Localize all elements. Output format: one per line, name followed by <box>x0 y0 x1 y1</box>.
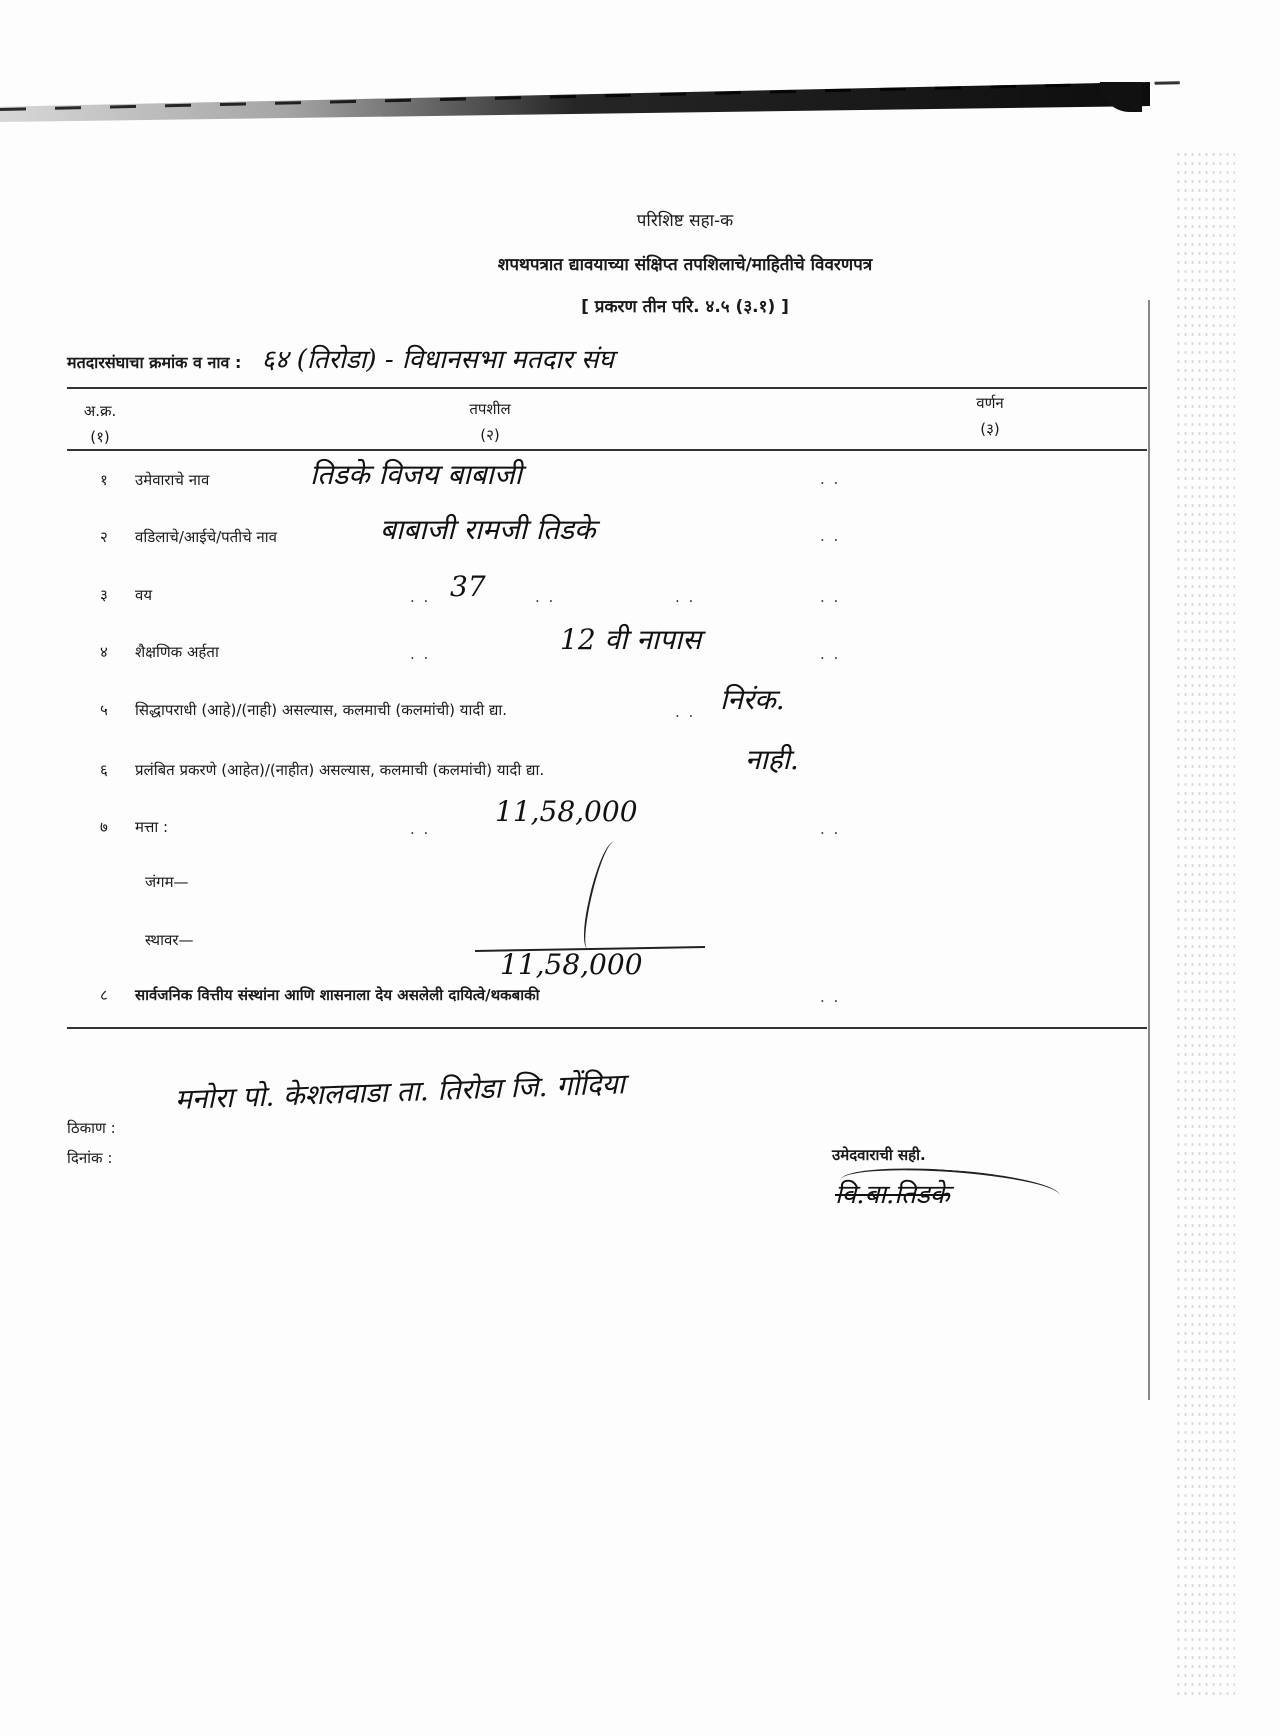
dot-leader: . . <box>675 588 695 606</box>
bracket-mark <box>579 839 623 951</box>
row-number: २ <box>100 527 135 547</box>
scanned-affidavit-page: परिशिष्ट सहा-क शपथपत्रात द्यावयाच्या संक… <box>0 0 1280 1736</box>
convictions-value: निरंक. <box>720 680 785 718</box>
chapter-reference: [ प्रकरण तीन परि. ४.५ (३.१) ] <box>45 294 1280 317</box>
appendix-title: परिशिष्ट सहा-क <box>45 208 1280 231</box>
pending-cases-value: नाही. <box>745 740 799 778</box>
row-label: सार्वजनिक वित्तीय संस्थांना आणि शासनाला … <box>135 985 540 1005</box>
scan-noise <box>1175 150 1235 1700</box>
date-label: दिनांक : <box>67 1148 112 1168</box>
row-number: ८ <box>100 985 135 1005</box>
table-row: ३ वय <box>100 585 152 605</box>
table-row: ६ प्रलंबित प्रकरणे (आहेत)/(नाहीत) असल्या… <box>100 760 544 780</box>
row-label: उमेवाराचे नाव <box>135 470 209 490</box>
row-label: मत्ता : <box>135 817 168 837</box>
scan-page-curl <box>1100 82 1142 112</box>
dot-leader: . . <box>820 470 840 488</box>
parent-name-value: बाबाजी रामजी तिडके <box>380 510 595 548</box>
row-label: वय <box>135 585 152 605</box>
immovable-assets-label: स्थावर— <box>145 930 193 950</box>
column-header-details: तपशील (२) <box>440 396 540 448</box>
movable-assets-label: जंगम— <box>145 872 189 892</box>
row-label: प्रलंबित प्रकरणे (आहेत)/(नाहीत) असल्यास,… <box>135 760 544 780</box>
dot-leader: . . <box>535 588 555 606</box>
address-value: मनोरा पो. केशलवाडा ता. तिरोडा जि. गोंदिय… <box>174 1064 625 1118</box>
row-label: वडिलाचे/आईचे/पतीचे नाव <box>135 527 277 547</box>
dot-leader: . . <box>820 645 840 663</box>
dot-leader: . . <box>410 588 430 606</box>
row-number: ३ <box>100 585 135 605</box>
row-number: ५ <box>100 700 135 720</box>
candidate-signature: वि.बा.तिडके <box>835 1175 950 1211</box>
address-label: ठिकाण : <box>67 1118 116 1138</box>
dot-leader: . . <box>410 820 430 838</box>
table-row: ५ सिद्धापराधी (आहे)/(नाही) असल्यास, कलमा… <box>100 700 507 720</box>
page-edge-line <box>1148 300 1150 1400</box>
header-top-rule <box>67 387 1147 389</box>
education-value: 12 वी नापास <box>560 620 701 658</box>
table-row: ४ शैक्षणिक अर्हता <box>100 642 219 662</box>
assets-value: 11,58,000 <box>495 795 638 828</box>
header-bottom-rule <box>67 449 1147 451</box>
column-header-description: वर्णन (३) <box>960 390 1020 442</box>
row-number: ४ <box>100 642 135 662</box>
dot-leader: . . <box>820 527 840 545</box>
constituency-row: मतदारसंघाचा क्रमांक व नाव : ६४ (तिरोडा) … <box>67 340 614 376</box>
table-row: १ उमेवाराचे नाव <box>100 470 209 490</box>
row-label: शैक्षणिक अर्हता <box>135 642 219 662</box>
assets-total-value: 11,58,000 <box>500 948 643 981</box>
row-number: ७ <box>100 817 135 837</box>
dot-leader: . . <box>820 988 840 1006</box>
signature-label: उमेदवाराची सही. <box>832 1145 926 1165</box>
table-bottom-rule <box>67 1027 1147 1029</box>
row-number: १ <box>100 470 135 490</box>
column-header-serial: अ.क्र. (१) <box>75 398 125 450</box>
constituency-label: मतदारसंघाचा क्रमांक व नाव : <box>67 351 241 373</box>
candidate-name-value: तिडके विजय बाबाजी <box>310 455 522 493</box>
table-row: २ वडिलाचे/आईचे/पतीचे नाव <box>100 527 277 547</box>
dot-leader: . . <box>820 588 840 606</box>
dot-leader: . . <box>410 645 430 663</box>
age-value: 37 <box>450 570 486 603</box>
form-title: शपथपत्रात द्यावयाच्या संक्षिप्त तपशिलाचे… <box>45 252 1280 275</box>
constituency-value: ६४ (तिरोडा) - विधानसभा मतदार संघ <box>261 340 613 376</box>
table-row: ८ सार्वजनिक वित्तीय संस्थांना आणि शासनाल… <box>100 985 540 1005</box>
scan-dark-streak <box>0 82 1150 122</box>
dot-leader: . . <box>820 820 840 838</box>
row-label: सिद्धापराधी (आहे)/(नाही) असल्यास, कलमाची… <box>135 700 507 720</box>
table-row: ७ मत्ता : <box>100 817 168 837</box>
dot-leader: . . <box>675 703 695 721</box>
row-number: ६ <box>100 760 135 780</box>
